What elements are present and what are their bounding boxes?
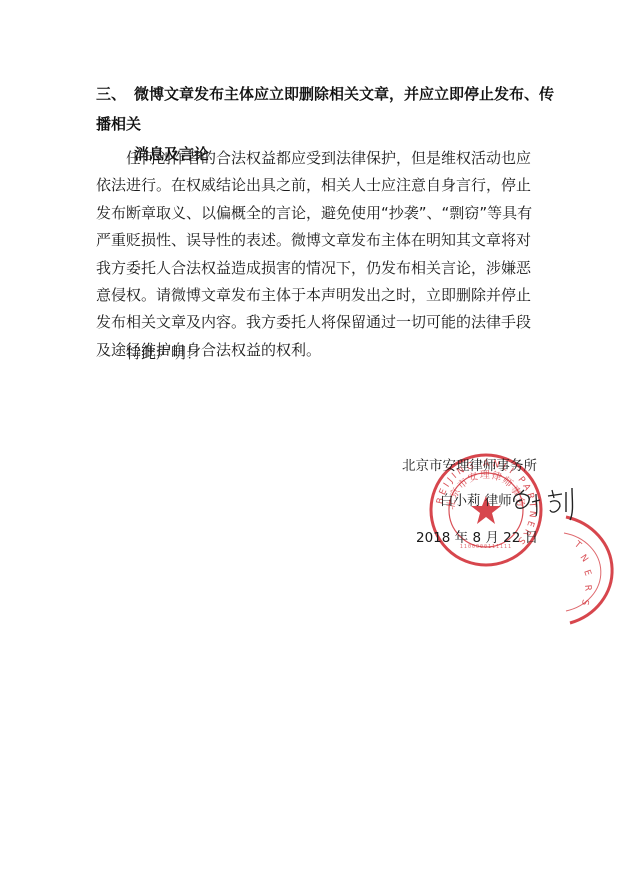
svg-text:R: R [582,584,593,591]
law-firm-seal-icon: BEIJING ANLI PARTNERS 北京市安理律师事务所 1100000… [428,452,544,568]
law-firm-name: 北京市安理律师事务所 [402,457,537,475]
svg-text:E: E [581,569,592,578]
svg-text:T: T [571,539,583,551]
closing-statement: 特此声明！ [126,343,201,363]
svg-text:1100000111111: 1100000111111 [460,544,512,550]
svg-text:BEIJING ANLI PARTNERS: BEIJING ANLI PARTNERS [435,459,537,548]
svg-text:S: S [579,598,590,606]
statement-body: 任何创作者的合法权益都应受到法律保护，但是维权活动也应依法进行。在权威结论出具之… [96,145,536,364]
document-page: 三、微博文章发布主体应立即删除相关文章，并应立即停止发布、传播相关 消息及言论 … [0,0,620,882]
section-title-line1: 微博文章发布主体应立即删除相关文章，并应立即停止发布、传播相关 [96,85,554,133]
svg-text:N: N [578,553,590,564]
section-number: 三、 [96,79,134,109]
statement-paragraph: 任何创作者的合法权益都应受到法律保护，但是维权活动也应依法进行。在权威结论出具之… [96,145,536,364]
handwritten-signature-icon [508,484,580,524]
statement-date: 2018 年 8 月 22 日 [416,529,538,547]
lawyer-name: 白小莉 律师 [440,492,512,510]
partial-seal-icon: T N E R S [560,515,620,625]
svg-text:北京市安理律师事务所: 北京市安理律师事务所 [428,452,528,510]
